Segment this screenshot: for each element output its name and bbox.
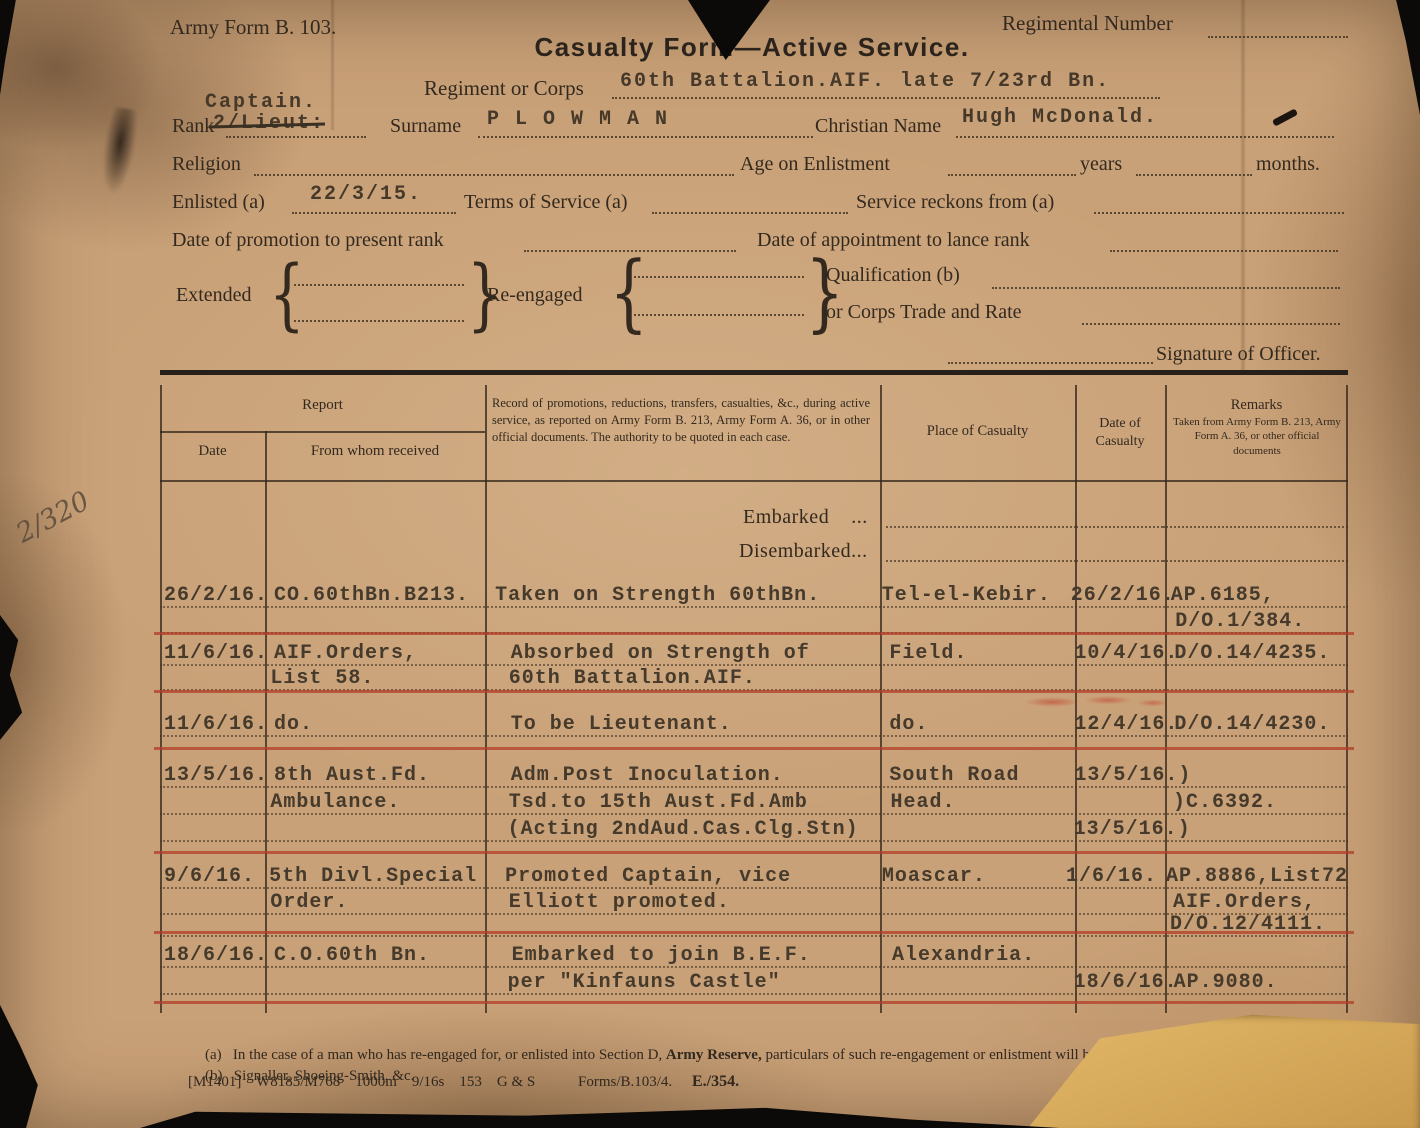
cell-remarks: D/O.14/4230. xyxy=(1164,703,1348,735)
table-row: Disembarked... xyxy=(160,532,1348,562)
cell-casualty-date xyxy=(1046,606,1131,632)
date-header: Date xyxy=(160,443,265,460)
cell-date: 18/6/16. xyxy=(160,938,268,966)
cell-date xyxy=(160,786,264,813)
cell-casualty-date: 13/5/16.) xyxy=(1074,813,1164,840)
religion-label: Religion xyxy=(172,153,241,175)
casualty-table: Report Date From whom received Record of… xyxy=(160,385,1348,1015)
cell-place xyxy=(886,664,1076,689)
forms-reference: Forms/B.103/4. xyxy=(578,1074,672,1091)
record-header: Record of promotions, reductions, transf… xyxy=(492,395,870,446)
cell-record: Embarked ... xyxy=(481,498,885,528)
table-row: Order.Elliott promoted.AIF.Orders, xyxy=(160,887,1348,915)
cell-place xyxy=(886,498,1077,528)
cell-place: Tel-el-Kebir. xyxy=(878,578,1071,606)
cell-casualty-date xyxy=(1077,887,1163,913)
cell-record: (Acting 2ndAud.Cas.Clg.Stn) xyxy=(480,813,884,840)
christian-name-line xyxy=(956,136,1334,138)
cell-remarks xyxy=(1163,498,1348,528)
cell-date: 11/6/16. xyxy=(160,703,268,735)
cell-from xyxy=(265,498,482,528)
cell-remarks xyxy=(1163,532,1348,562)
cell-from: Order. xyxy=(264,887,480,913)
table-row: 13/5/16.8th Aust.Fd.Adm.Post Inoculation… xyxy=(160,758,1348,788)
cell-record: Taken on Strength 60thBn. xyxy=(487,578,878,606)
cell-remarks xyxy=(1164,938,1348,966)
brace-open: { xyxy=(269,256,305,334)
cell-remarks: AP.8886,List72 xyxy=(1156,860,1348,887)
red-rule xyxy=(154,632,1354,635)
cell-from xyxy=(264,966,480,993)
regiment-line xyxy=(612,97,1160,99)
table-row: Embarked ... xyxy=(160,498,1348,528)
cell-record xyxy=(477,606,858,632)
cell-casualty-date: 26/2/16. xyxy=(1071,578,1161,606)
date-of-casualty-header: Date of Casualty xyxy=(1075,415,1165,450)
paper-crease xyxy=(1240,0,1246,370)
service-reckons-label: Service reckons from (a) xyxy=(856,191,1054,213)
table-row: Ambulance.Tsd.to 15th Aust.Fd.AmbHead.)C… xyxy=(160,786,1348,815)
cell-remarks: D/O.1/384. xyxy=(1131,606,1348,632)
cell-record: Disembarked... xyxy=(481,532,885,562)
cell-date xyxy=(160,532,265,562)
cell-place: Field. xyxy=(885,638,1074,664)
cell-from xyxy=(263,606,477,632)
christian-name-label: Christian Name xyxy=(815,115,941,137)
cell-record: Embarked to join B.E.F. xyxy=(484,938,888,966)
cell-date xyxy=(160,498,265,528)
cell-remarks: )C.6392. xyxy=(1163,786,1348,813)
red-rule xyxy=(154,1001,1354,1004)
rank-value: Captain. xyxy=(205,93,317,113)
signature-line xyxy=(948,362,1153,364)
cell-date xyxy=(160,887,264,913)
cell-place: Alexandria. xyxy=(888,938,1078,966)
red-rule xyxy=(154,690,1354,693)
cell-record: Elliott promoted. xyxy=(481,887,887,913)
years-label: years xyxy=(1080,153,1122,175)
enlisted-label: Enlisted (a) xyxy=(172,191,265,213)
table-row: 11/6/16.AIF.Orders,Absorbed on Strength … xyxy=(160,638,1348,666)
cell-date xyxy=(160,606,263,632)
rank-line xyxy=(226,136,366,138)
cell-place: South Road xyxy=(885,758,1074,786)
cell-casualty-date xyxy=(1077,786,1163,813)
form-number: Army Form B. 103. xyxy=(170,16,336,39)
cell-remarks: AP.6185, xyxy=(1161,578,1348,606)
table-row: 9/6/16.5th Divl.SpecialPromoted Captain,… xyxy=(160,860,1348,889)
lance-line xyxy=(1110,250,1338,252)
reengaged-line-2 xyxy=(634,314,804,316)
cell-casualty-date xyxy=(1076,532,1162,562)
months-label: months. xyxy=(1256,153,1320,175)
cell-casualty-date: 13/5/16.) xyxy=(1074,758,1164,786)
qualification-label: Qualification (b) xyxy=(826,264,960,286)
religion-line xyxy=(254,174,734,176)
cell-date xyxy=(160,966,264,993)
report-header: Report xyxy=(160,397,485,414)
cell-remarks: AP.9080. xyxy=(1164,966,1348,993)
cell-date xyxy=(160,664,264,689)
footnote-a-bold: Army Reserve, xyxy=(666,1047,762,1063)
terms-line xyxy=(652,212,848,214)
cell-remarks: D/O.14/4235. xyxy=(1164,638,1348,664)
cell-from xyxy=(264,813,480,840)
cell-record: To be Lieutenant. xyxy=(483,703,886,735)
regimental-number-label: Regimental Number xyxy=(1002,12,1173,35)
promotion-label: Date of promotion to present rank xyxy=(172,229,444,251)
cell-from: 5th Divl.Special xyxy=(263,860,477,887)
report-underline xyxy=(160,431,485,433)
cell-record: Adm.Post Inoculation. xyxy=(483,758,886,786)
table-row: 26/2/16.CO.60thBn.B213.Taken on Strength… xyxy=(160,578,1348,608)
cell-record: per "Kinfauns Castle" xyxy=(480,966,884,993)
cell-from: AIF.Orders, xyxy=(268,638,483,664)
brace-open: { xyxy=(609,250,647,334)
christian-name-value: Hugh McDonald. xyxy=(962,108,1158,128)
red-rule xyxy=(154,851,1354,854)
qualification-line xyxy=(992,287,1340,289)
table-row: D/O.1/384. xyxy=(160,606,1348,634)
cell-from: C.O.60th Bn. xyxy=(268,938,484,966)
red-rule xyxy=(154,931,1354,934)
table-row: List 58.60th Battalion.AIF. xyxy=(160,664,1348,691)
cell-remarks xyxy=(1163,664,1348,689)
cell-casualty-date: 10/4/16. xyxy=(1074,638,1164,664)
surname-label: Surname xyxy=(390,115,461,137)
remarks-header: Remarks xyxy=(1165,397,1348,414)
cell-remarks xyxy=(1164,758,1348,786)
lance-rank-label: Date of appointment to lance rank xyxy=(757,229,1030,251)
table-row: per "Kinfauns Castle"18/6/16.AP.9080. xyxy=(160,966,1348,995)
series-reference: E./354. xyxy=(692,1073,739,1091)
enlisted-line xyxy=(292,212,456,214)
regiment-value: 60th Battalion.AIF. late 7/23rd Bn. xyxy=(620,72,1110,92)
reckons-line xyxy=(1094,212,1344,214)
section-rule xyxy=(160,370,1348,375)
print-imprint: [M1401] W8185/M768 1000m 9/16s 153 G & S xyxy=(188,1074,535,1091)
table-row: 18/6/16.C.O.60th Bn.Embarked to join B.E… xyxy=(160,938,1348,968)
terms-of-service-label: Terms of Service (a) xyxy=(464,191,628,213)
cell-date: 9/6/16. xyxy=(160,860,263,887)
extended-line-2 xyxy=(294,320,464,322)
cell-place xyxy=(886,532,1077,562)
regimental-number-line xyxy=(1208,36,1348,38)
cell-remarks xyxy=(1164,813,1348,840)
regiment-label: Regiment or Corps xyxy=(424,77,584,100)
cell-record: Absorbed on Strength of xyxy=(483,638,886,664)
scanned-casualty-form: Army Form B. 103. Regimental Number Casu… xyxy=(0,0,1420,1128)
place-of-casualty-header: Place of Casualty xyxy=(880,423,1075,440)
cell-place xyxy=(884,813,1074,840)
cell-place xyxy=(884,966,1074,993)
cell-date xyxy=(160,813,264,840)
from-whom-header: From whom received xyxy=(265,443,485,460)
page-title: Casualty Form—Active Service. xyxy=(534,32,969,63)
cell-casualty-date xyxy=(1077,664,1163,689)
age-on-enlistment-label: Age on Enlistment xyxy=(740,153,890,175)
remarks-subheader: Taken from Army Form B. 213, Army Form A… xyxy=(1172,415,1342,458)
rank-label: Rank xyxy=(172,115,214,137)
cell-casualty-date: 1/6/16. xyxy=(1066,860,1156,887)
extended-line-1 xyxy=(294,284,464,286)
red-ink-smudge xyxy=(1015,693,1165,711)
cell-place xyxy=(858,606,1046,632)
cell-record: 60th Battalion.AIF. xyxy=(481,664,887,689)
cell-date: 26/2/16. xyxy=(160,578,268,606)
age-line xyxy=(948,174,1076,176)
surname-value: P L O W M A N xyxy=(487,110,669,130)
extended-label: Extended xyxy=(176,284,252,306)
signature-label: Signature of Officer. xyxy=(1156,343,1321,365)
years-line xyxy=(1136,174,1252,176)
red-rule xyxy=(154,747,1354,750)
reengaged-line-1 xyxy=(634,276,804,278)
table-row: 11/6/16.do.To be Lieutenant.do.12/4/16.D… xyxy=(160,703,1348,737)
cell-casualty-date: 18/6/16. xyxy=(1074,966,1164,993)
cell-record: Promoted Captain, vice xyxy=(477,860,878,887)
cell-casualty-date xyxy=(1076,498,1162,528)
corps-trade-line xyxy=(1082,323,1340,325)
cell-from: Ambulance. xyxy=(264,786,480,813)
header-bottom-rule xyxy=(160,480,1348,482)
cell-casualty-date xyxy=(1078,938,1164,966)
corps-trade-label: or Corps Trade and Rate xyxy=(826,301,1022,323)
cell-from xyxy=(265,532,482,562)
cell-from: 8th Aust.Fd. xyxy=(268,758,483,786)
cell-place xyxy=(886,887,1076,913)
cell-place: Moascar. xyxy=(878,860,1066,887)
cell-date: 11/6/16. xyxy=(160,638,268,664)
cell-from: do. xyxy=(268,703,483,735)
cell-place: Head. xyxy=(886,786,1076,813)
enlisted-value: 22/3/15. xyxy=(310,185,422,205)
surname-line xyxy=(478,136,813,138)
table-row: (Acting 2ndAud.Cas.Clg.Stn)13/5/16.) xyxy=(160,813,1348,842)
cell-remarks: AIF.Orders, xyxy=(1163,887,1348,913)
cell-record: Tsd.to 15th Aust.Fd.Amb xyxy=(481,786,887,813)
cell-date: 13/5/16. xyxy=(160,758,268,786)
cell-from: List 58. xyxy=(264,664,480,689)
cell-from: CO.60thBn.B213. xyxy=(268,578,487,606)
reengaged-label: Re-engaged xyxy=(487,284,583,306)
